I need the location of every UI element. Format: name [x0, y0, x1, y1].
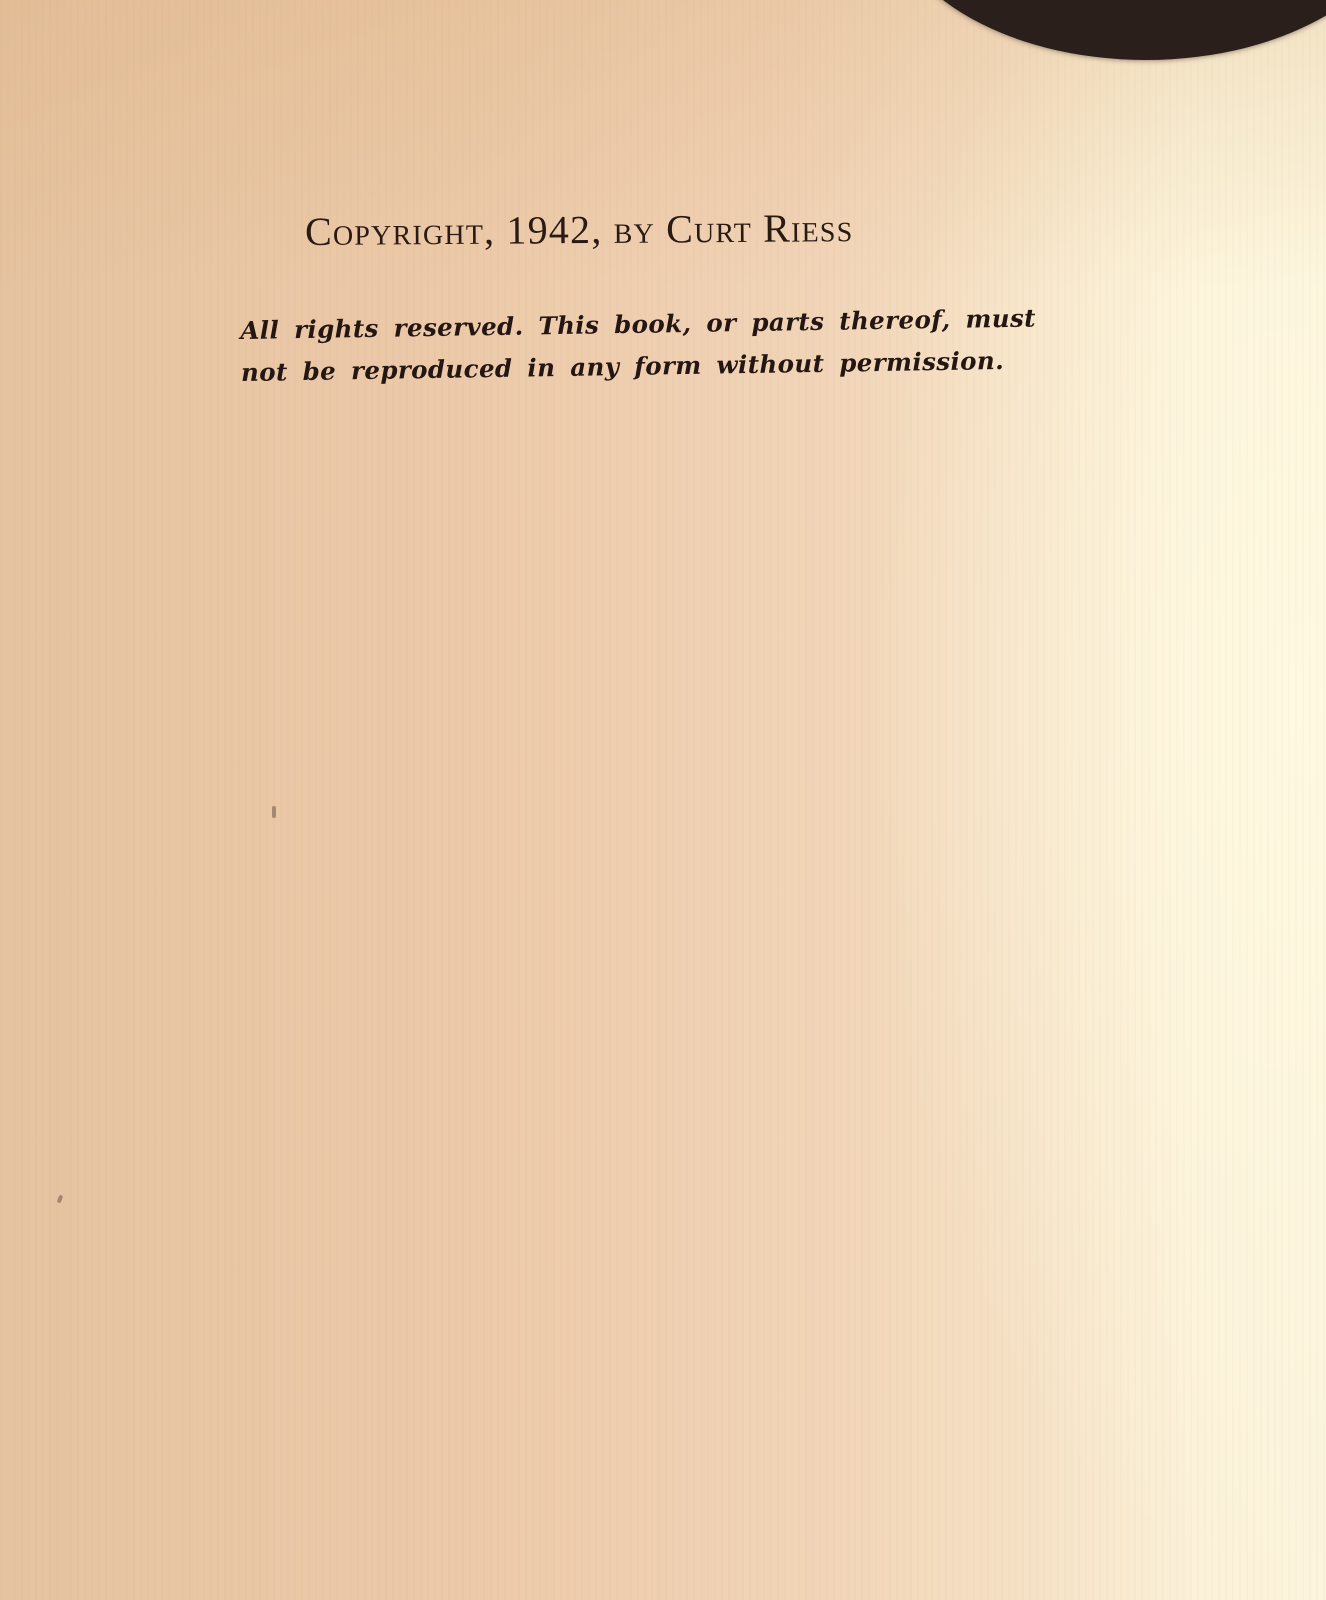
paper-speck [57, 1195, 63, 1204]
book-page: Copyright, 1942, by Curt Riess All right… [0, 0, 1326, 1600]
page-corner-shadow [726, 0, 1326, 70]
rights-notice: All rights reserved. This book, or parts… [240, 297, 1081, 394]
paper-speck [272, 806, 276, 818]
dark-background-corner [886, 0, 1326, 60]
copyright-heading: Copyright, 1942, by Curt Riess [305, 203, 1025, 255]
